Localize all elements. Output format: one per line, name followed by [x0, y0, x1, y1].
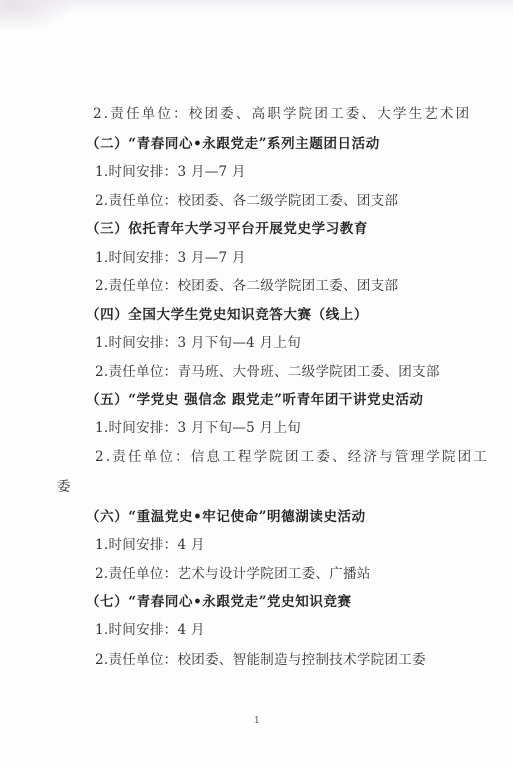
- schedule-line: 1.时间安排：3 月—7 月: [95, 249, 246, 267]
- responsibility-line: 2.责任单位：校团委、各二级学院团工委、团支部: [95, 277, 398, 295]
- section-heading-5: （五）“学党史 强信念 跟党走”听青年团干讲党史活动: [86, 391, 424, 409]
- section-heading-6: （六）“重温党史•牢记使命”明德湖读史活动: [86, 508, 366, 526]
- schedule-line: 1.时间安排：4 月: [95, 536, 205, 554]
- responsibility-line-continuation: 委: [57, 478, 71, 496]
- responsibility-line: 2.责任单位：校团委、智能制造与控制技术学院团工委: [95, 651, 426, 669]
- section-heading-2: （二）“青春同心•永跟党走”系列主题团日活动: [86, 135, 380, 153]
- schedule-line: 1.时间安排：4 月: [95, 621, 205, 639]
- section-heading-7: （七）“青春同心•永跟党走”党史知识竞赛: [86, 593, 352, 611]
- page-number: 1: [254, 716, 260, 726]
- schedule-line: 1.时间安排：3 月下旬—4 月上旬: [95, 334, 301, 352]
- responsibility-line: 2.责任单位：艺术与设计学院团工委、广播站: [95, 565, 371, 583]
- schedule-line: 1.时间安排：3 月—7 月: [95, 163, 246, 181]
- section-heading-3: （三）依托青年大学习平台开展党史学习教育: [86, 220, 368, 238]
- responsibility-line: 2.责任单位：青马班、大骨班、二级学院团工委、团支部: [95, 363, 440, 381]
- responsibility-line: 2.责任单位：信息工程学院团工委、经济与管理学院团工: [95, 448, 489, 466]
- responsibility-line: 2.责任单位：校团委、各二级学院团工委、团支部: [95, 192, 398, 210]
- scan-corner-shadow: [0, 0, 70, 30]
- responsibility-line: 2.责任单位：校团委、高职学院团工委、大学生艺术团: [93, 105, 471, 123]
- schedule-line: 1.时间安排：3 月下旬—5 月上旬: [95, 419, 301, 437]
- section-heading-4: （四）全国大学生党史知识竞答大赛（线上）: [86, 306, 368, 324]
- scan-edge-shadow: [0, 0, 513, 14]
